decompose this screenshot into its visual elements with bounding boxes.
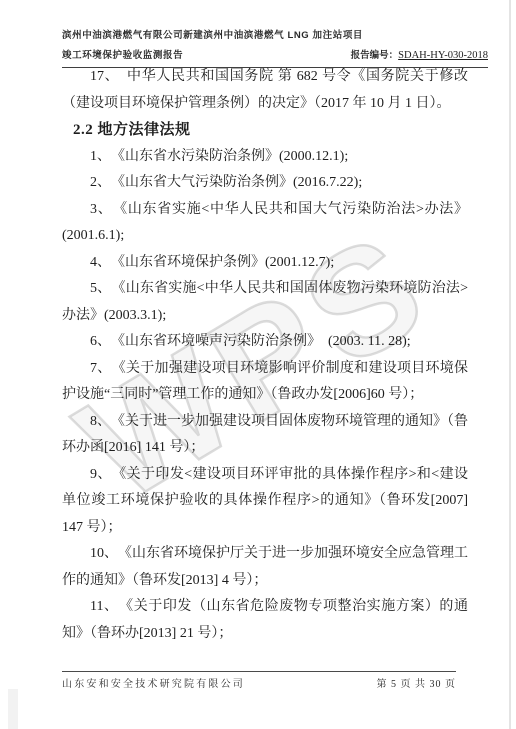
legal-item: 8、 《关于进一步加强建设项目固体废物环境管理的通知》（鲁环办函[2016] 1… [62, 409, 468, 462]
project-title-line: 滨州中油滨港燃气有限公司新建滨州中油滨港燃气 LNG 加注站项目 [62, 27, 488, 41]
legal-item: 5、 《山东省实施<中华人民共和国固体废物污染环境防治法>办法》(2003.3.… [62, 276, 468, 329]
section-heading: 2.2 地方法律法规 [62, 117, 468, 144]
scan-artifact [8, 689, 18, 729]
footer-page-number: 第 5 页 共 30 页 [377, 675, 457, 690]
report-number-label: 报告编号： [351, 50, 399, 61]
legal-item: 11、 《关于印发（山东省危险废物专项整治实施方案）的通知》（鲁环办[2013]… [62, 594, 468, 647]
legal-item-17: 17、 中华人民共和国国务院 第 682 号令《国务院关于修改（建设项目环境保护… [62, 64, 468, 117]
legal-item: 10、 《山东省环境保护厅关于进一步加强环境安全应急管理工作的通知》（鲁环发[2… [62, 541, 468, 594]
report-number-value: SDAH-HY-030-2018 [398, 50, 488, 61]
legal-item: 6、 《山东省环境噪声污染防治条例》 (2003. 11. 28); [62, 329, 468, 356]
page-header: 滨州中油滨港燃气有限公司新建滨州中油滨港燃气 LNG 加注站项目 竣工环境保护验… [62, 27, 488, 68]
legal-item: 7、 《关于加强建设项目环境影响评价制度和建设项目环境保护设施“三同时”管理工作… [62, 356, 468, 409]
legal-item: 3、 《山东省实施<中华人民共和国大气污染防治法>办法》(2001.6.1); [62, 197, 468, 250]
footer-company-name: 山东安和安全技术研究院有限公司 [62, 675, 245, 690]
header-second-line: 竣工环境保护验收监测报告 报告编号：SDAH-HY-030-2018 [62, 45, 488, 63]
legal-item: 1、 《山东省水污染防治条例》(2000.12.1); [62, 144, 468, 171]
page-footer: 山东安和安全技术研究院有限公司 第 5 页 共 30 页 [62, 671, 456, 690]
document-body: 17、 中华人民共和国国务院 第 682 号令《国务院关于修改（建设项目环境保护… [62, 64, 468, 647]
report-number: 报告编号：SDAH-HY-030-2018 [351, 45, 488, 63]
report-type-label: 竣工环境保护验收监测报告 [62, 47, 183, 61]
legal-item: 4、 《山东省环境保护条例》(2001.12.7); [62, 250, 468, 277]
document-page: WPS 滨州中油滨港燃气有限公司新建滨州中油滨港燃气 LNG 加注站项目 竣工环… [0, 0, 516, 729]
page-edge-shadow [509, 0, 511, 729]
legal-item: 9、 《关于印发<建设项目环评审批的具体操作程序>和<建设单位竣工环境保护验收的… [62, 462, 468, 542]
legal-item: 2、 《山东省大气污染防治条例》(2016.7.22); [62, 170, 468, 197]
